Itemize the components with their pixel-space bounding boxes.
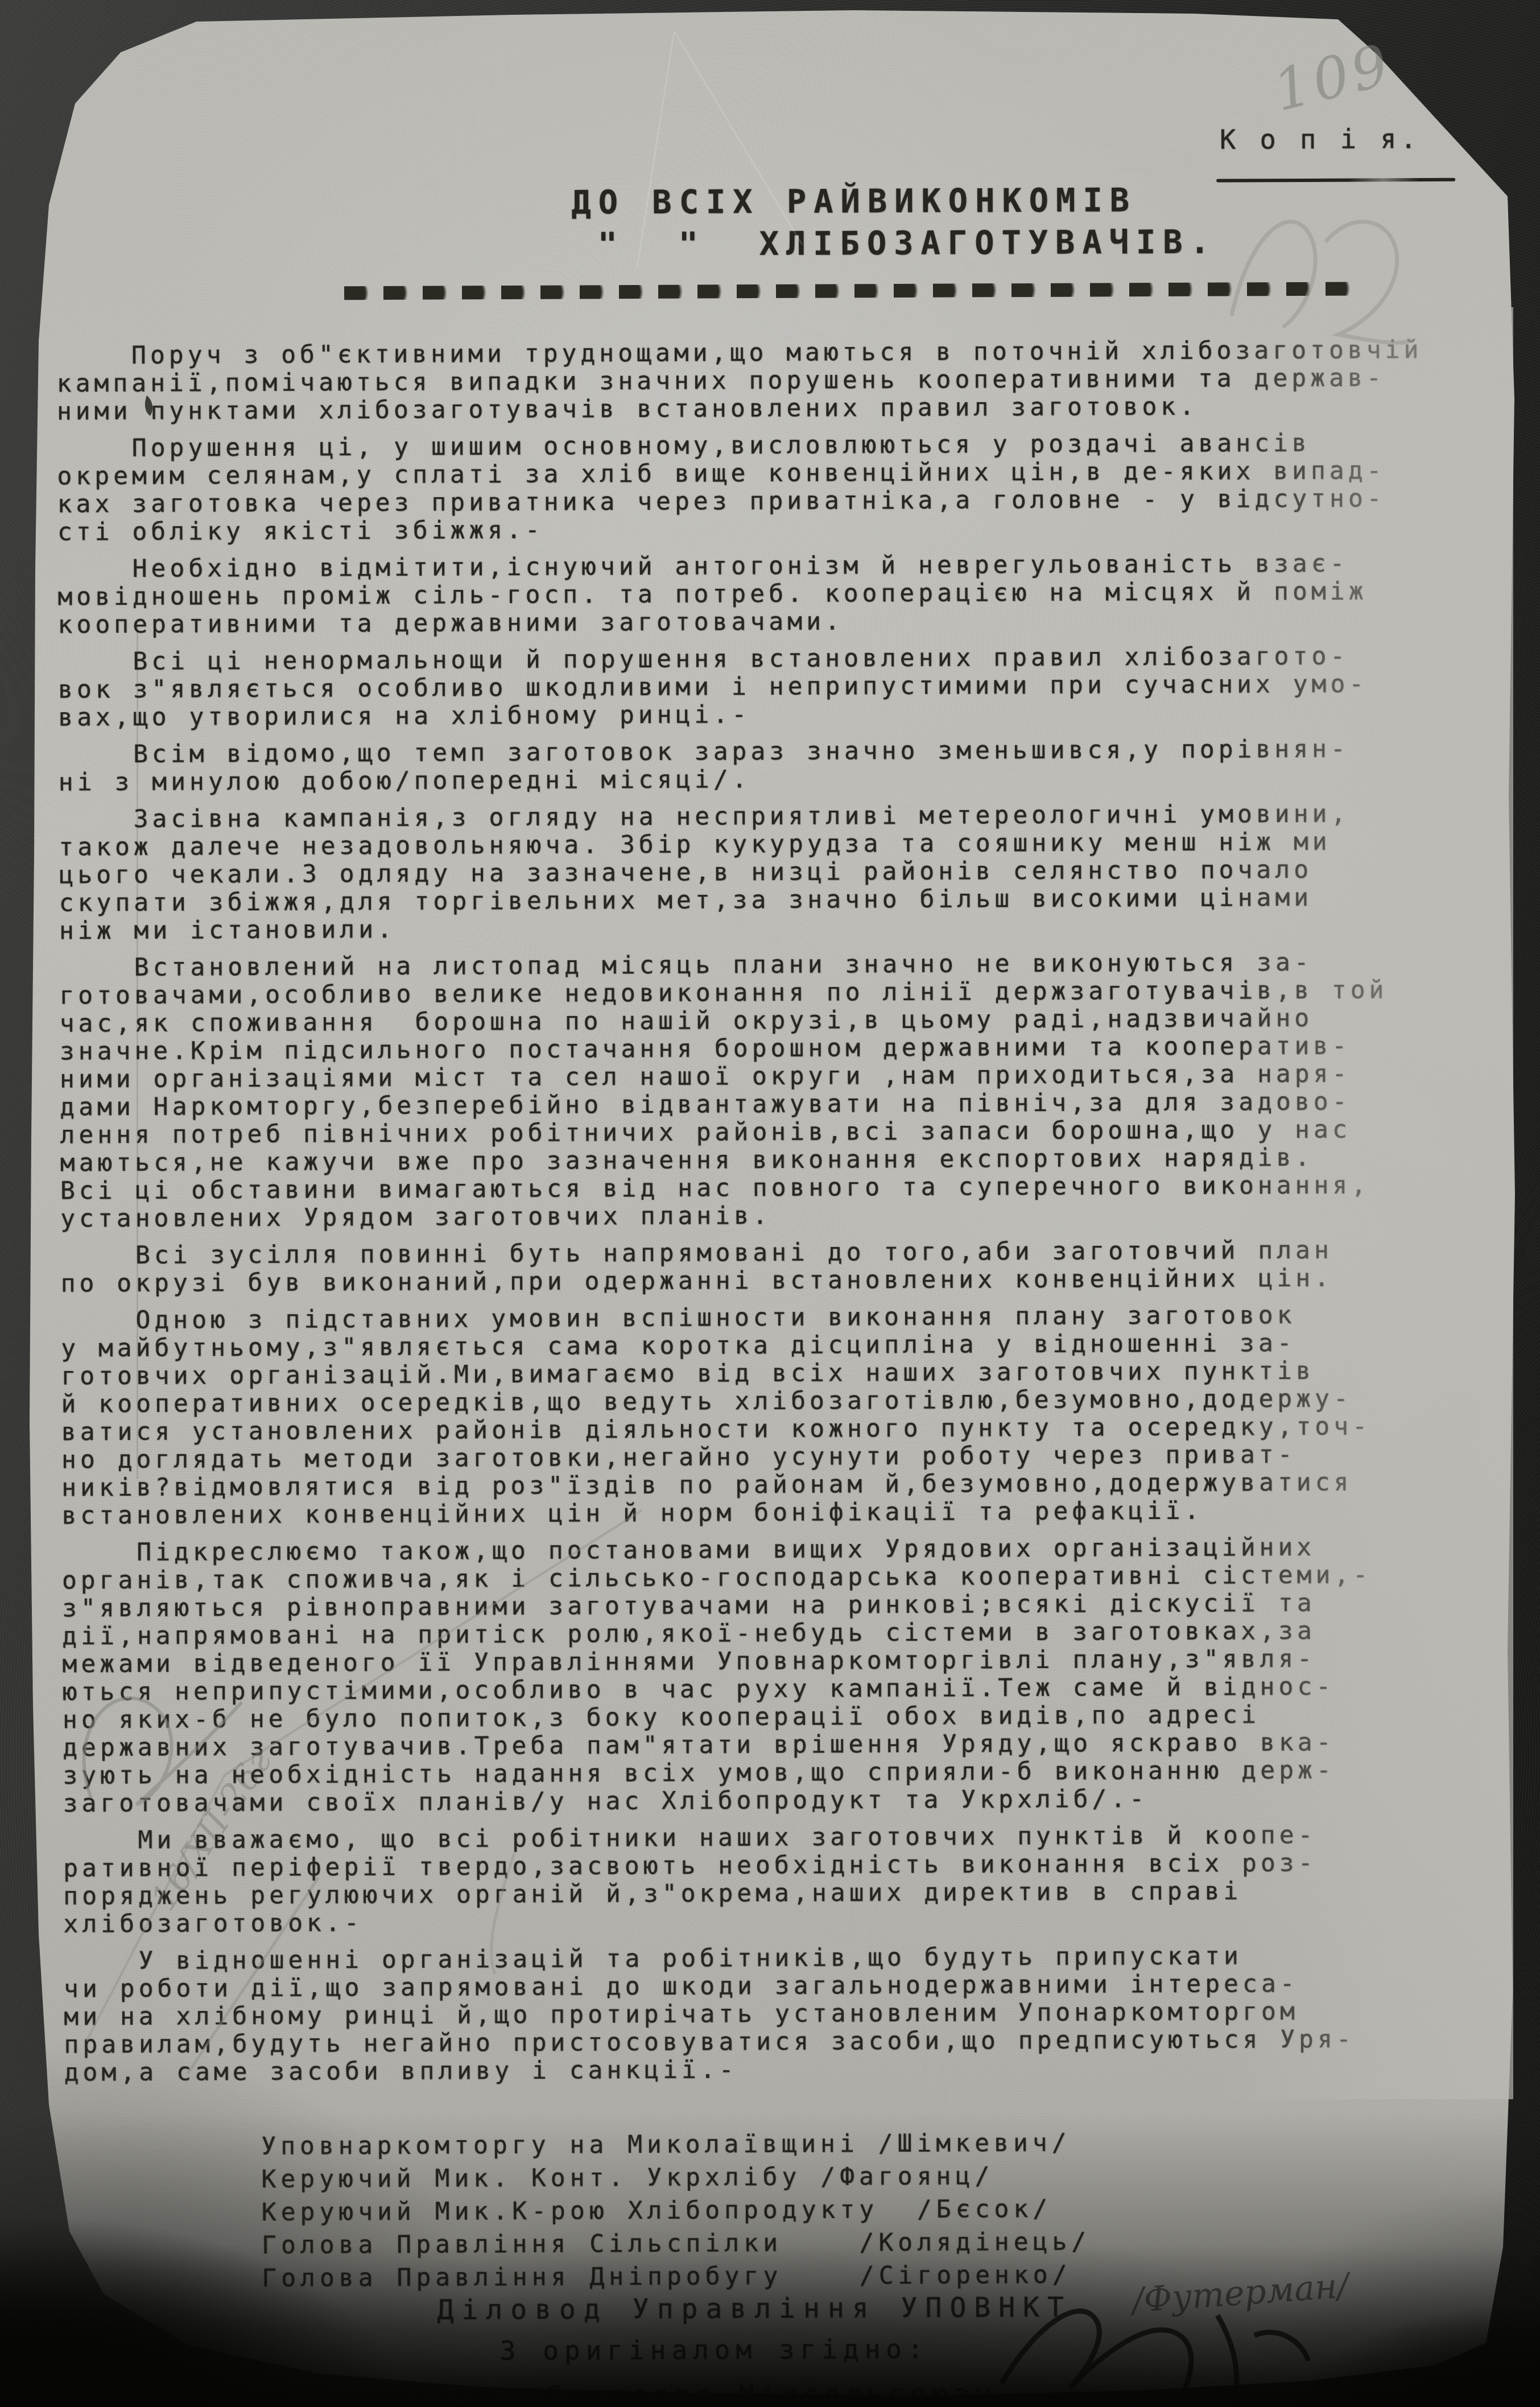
document-title-line1: ДО ВСІХ РАЙВИКОНКОМІВ [571,181,1137,221]
body-line: хлібозаготовок.- [63,1905,1429,1938]
paragraph: У відношенні організацій та робітників,щ… [64,1942,1430,2087]
paragraph: Встановлений на листопад місяць плани зн… [59,948,1426,1233]
body-line: установлених Урядом заготовчих планів. [60,1199,1426,1233]
clerk-line: Діловод Управління УПОВНКТ [437,2292,1072,2326]
body-line: ніж ми істановили. [59,911,1425,945]
body-line: сті обліку якісті збіжжя.- [57,513,1423,546]
signature-line: Голова Правління Сільспілки /Колядінець/ [262,2226,1091,2262]
paragraph: Підкреслюємо також,що постановами вищих … [62,1533,1429,1818]
body-line: вах,що утворилися на хлібному ринці.- [58,698,1424,732]
body-line: ках заготовка через приватника через при… [57,485,1423,518]
paragraph: Одною з підставних умовин вспішности вик… [61,1301,1428,1530]
document-body: Поруч з об"єктивними труднощами,що мають… [56,336,1430,2087]
typed-text-layer: К о п і я. ДО ВСІХ РАЙВИКОНКОМІВ " " ХЛІ… [0,0,1540,2407]
body-line: кампанії,помічаються випадки значних пор… [57,364,1423,398]
copy-label: К о п і я. [1220,123,1421,156]
body-line: ників?відмовлятися від роз"їздів по райо… [61,1468,1427,1502]
signature-line: Уповнаркомторгу на Миколаївщині /Шімкеви… [261,2127,1090,2163]
secretary-line: Секретар Міжсельсоюзу [546,2378,996,2407]
body-line: кооперативними та державними заготовачам… [57,605,1423,639]
body-line: правилам,будуть негайно пристосовуватися… [64,2025,1430,2059]
paragraph: Порушення ці, у шишим основному,висловлю… [57,429,1423,546]
paragraph: Необхідно відмітити,існуючий антогонізм … [57,550,1423,639]
paragraph: Всі ці ненормальнощи й порушення встанов… [58,642,1424,732]
signature-line: Керуючий Мик.К-рою Хлібопродукту /Бєсок/ [262,2193,1091,2229]
scanned-document-page: { "colors":{"paper":"#bfbeb9","ink":"#26… [0,0,1540,2407]
signature-line: Голова Правління Дніпробугу /Сігоренко/ [262,2259,1091,2295]
dotted-separator [344,282,1363,300]
signature-line: Керуючий Мик. Конт. Укрхлібу /Фагоянц/ [261,2160,1090,2196]
paragraph: Всі зусілля повинні буть напрямовані до … [60,1236,1426,1298]
body-line: Всі ці обставини вимагаються від нас пов… [60,1171,1426,1205]
signature-block: Уповнаркомторгу на Миколаївщині /Шімкеви… [261,2127,1091,2295]
body-line: Всім відомо,що темп заготовок зараз знач… [58,735,1424,769]
body-line: скупати збіжжя,для торгівельних мет,за з… [59,883,1425,917]
paragraph: Всім відомо,що темп заготовок зараз знач… [58,735,1424,796]
paragraph: Ми вважаємо, що всі робітники наших заго… [63,1821,1430,1938]
body-line: вок з"являється особливо шкодливими і не… [58,670,1424,704]
body-line: ними пунктами хлібозаготувачів встановле… [57,392,1423,426]
certify-line: З оригіналом згідно: [500,2334,929,2366]
paragraph: Засівна кампанія,з огляду на несприятлив… [59,800,1425,945]
body-line: поряджень регулюючих органій й,з"окрема,… [63,1877,1429,1910]
body-line: мовідношень проміж сіль-госп. та потреб.… [57,577,1423,611]
body-line: ні з минулою добою/попередні місяці/. [59,763,1425,796]
document-title-line2: " " ХЛІБОЗАГОТУВАЧІВ. [598,224,1217,264]
body-line: дом,а саме засоби впливу і санкції.- [64,2053,1430,2087]
paragraph: Поруч з об"єктивними труднощами,що мають… [56,336,1422,426]
copy-label-underline [1216,178,1455,183]
body-line: встановлених конвенційних цін й норм бон… [61,1496,1427,1530]
body-line: по окрузі був виконаний,при одержанні вс… [60,1264,1426,1298]
body-line: заготовачами своїх планів/у нас Хлібопро… [63,1784,1428,1818]
body-line: зують на необхідність надання всіх умов,… [63,1756,1428,1790]
